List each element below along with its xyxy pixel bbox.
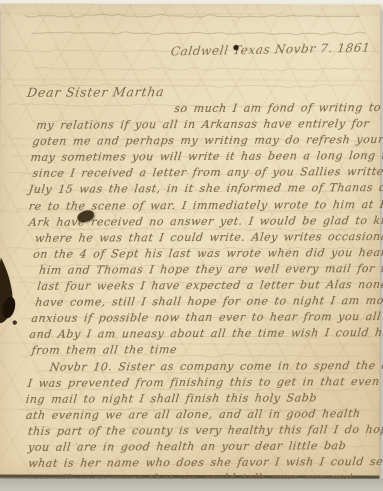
letter-line: on the 4 of Sept his last was wrote when… <box>24 245 376 263</box>
letter-line: this part of the county is very healthy … <box>25 422 377 440</box>
letter-line: Novbr 10. Sister as company come in to s… <box>25 358 377 376</box>
letter-line: him and Thomas I hope they are well ever… <box>24 261 376 279</box>
letter-line: ing mail to night I shall finish this ho… <box>25 390 377 408</box>
letter-line: you all are in good health an your dear … <box>25 438 377 456</box>
letter-line: where he was that I could write. Aley wr… <box>24 229 376 247</box>
scanned-letter: Caldwell Texas Novbr 7. 1861 Dear Sister… <box>0 0 383 491</box>
scanner-background-strip <box>0 479 383 491</box>
ink-dot <box>233 45 238 50</box>
ink-blot <box>0 255 29 333</box>
letter-line: I was prevented from finishing this to g… <box>25 374 377 392</box>
letter-line: re to the scene of war. I immediately wr… <box>24 197 376 215</box>
letter-line: from them all the time <box>25 341 377 359</box>
letter-line: July 15 was the last, in it she informed… <box>24 180 376 198</box>
letter-body: so much I am fond of writing tomy relati… <box>23 100 375 488</box>
letter-line: so much I am fond of writing to <box>23 100 375 118</box>
letter-paper: Caldwell Texas Novbr 7. 1861 Dear Sister… <box>0 4 381 479</box>
letter-line: ath evening we are all alone, and all in… <box>25 406 377 424</box>
letter-line: last four weeks I have expected a letter… <box>24 277 376 295</box>
letter-salutation: Dear Sister Martha <box>26 84 165 100</box>
letter-writing: Caldwell Texas Novbr 7. 1861 Dear Sister… <box>0 3 381 476</box>
letter-dateline: Caldwell Texas Novbr 7. 1861 <box>170 41 362 59</box>
